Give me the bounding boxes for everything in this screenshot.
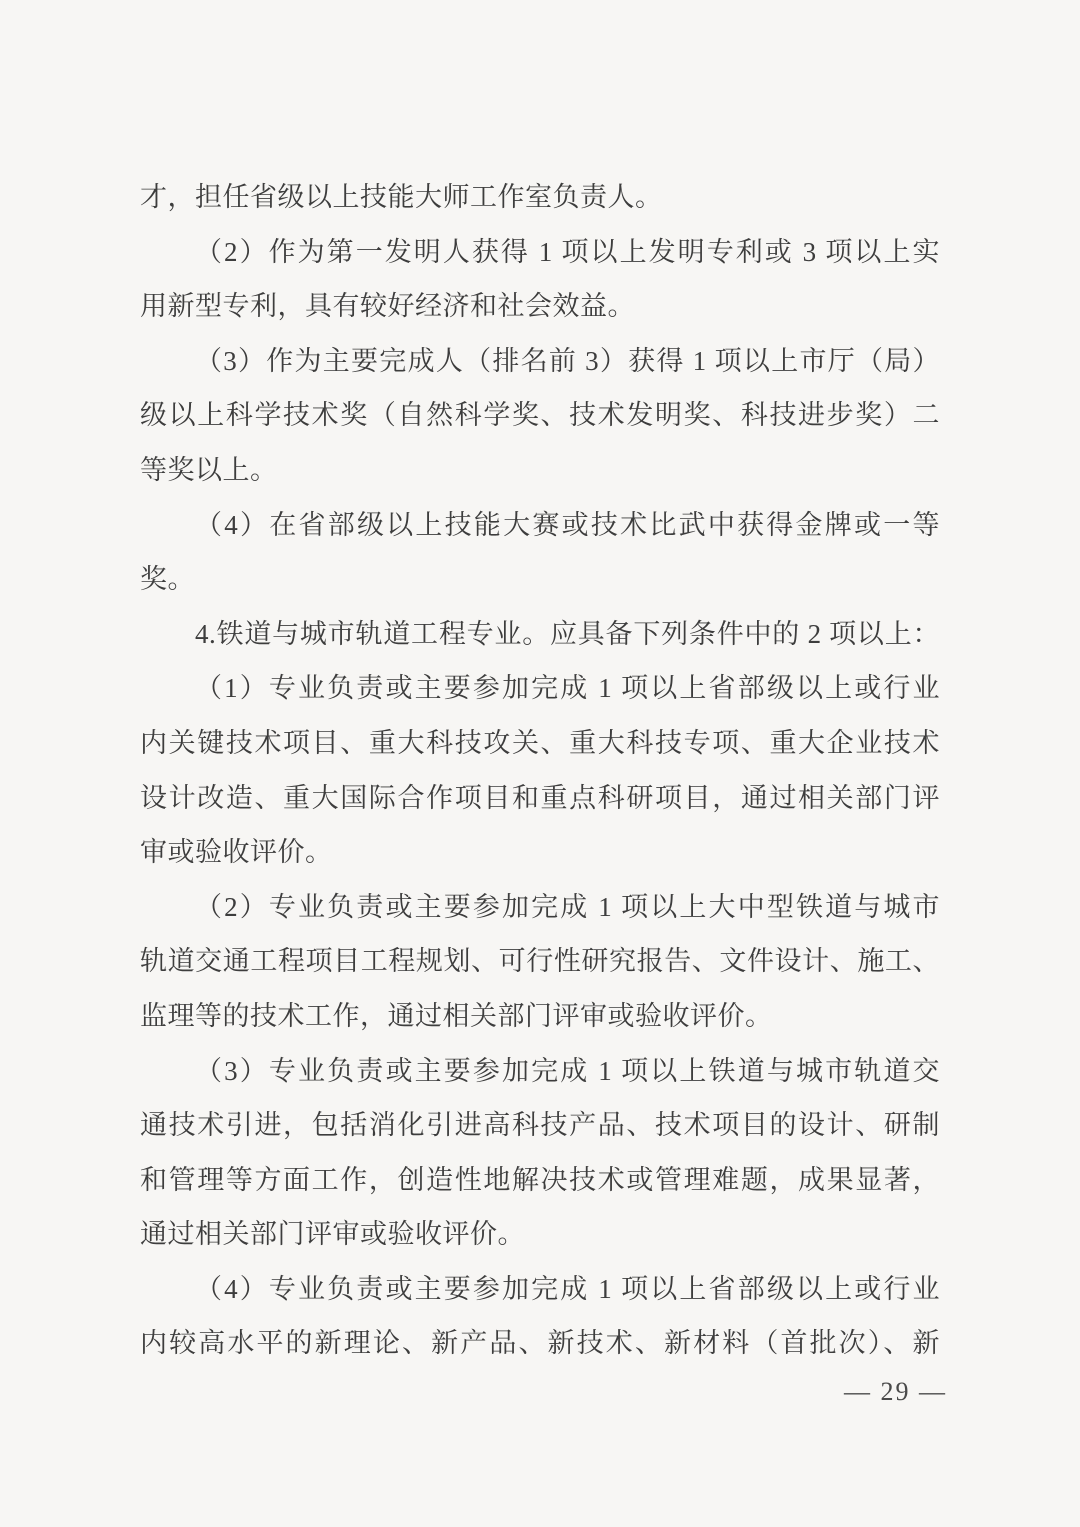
document-page: 才，担任省级以上技能大师工作室负责人。（2）作为第一发明人获得 1 项以上发明专… [0,0,1080,1527]
paragraph: （4）专业负责或主要参加完成 1 项以上省部级以上或行业内较高水平的新理论、新产… [140,1262,940,1371]
text-line: 内较高水平的新理论、新产品、新技术、新材料（首批次）、新 [140,1316,940,1371]
text-line: 才，担任省级以上技能大师工作室负责人。 [140,170,940,225]
text-line: 监理等的技术工作，通过相关部门评审或验收评价。 [140,989,940,1044]
document-body: 才，担任省级以上技能大师工作室负责人。（2）作为第一发明人获得 1 项以上发明专… [140,170,940,1371]
paragraph: （2）专业负责或主要参加完成 1 项以上大中型铁道与城市轨道交通工程项目工程规划… [140,880,940,1044]
paragraph: （2）作为第一发明人获得 1 项以上发明专利或 3 项以上实用新型专利，具有较好… [140,225,940,334]
text-line: 4.铁道与城市轨道工程专业。应具备下列条件中的 2 项以上： [140,607,940,662]
text-line: （4）专业负责或主要参加完成 1 项以上省部级以上或行业 [140,1262,940,1317]
paragraph: （3）专业负责或主要参加完成 1 项以上铁道与城市轨道交通技术引进，包括消化引进… [140,1044,940,1262]
text-line: （2）作为第一发明人获得 1 项以上发明专利或 3 项以上实 [140,225,940,280]
text-line: （4）在省部级以上技能大赛或技术比武中获得金牌或一等 [140,498,940,553]
text-line: 通技术引进，包括消化引进高科技产品、技术项目的设计、研制 [140,1098,940,1153]
text-line: 设计改造、重大国际合作项目和重点科研项目，通过相关部门评 [140,771,940,826]
text-line: 和管理等方面工作，创造性地解决技术或管理难题，成果显著， [140,1153,940,1208]
text-line: （3）专业负责或主要参加完成 1 项以上铁道与城市轨道交 [140,1044,940,1099]
text-line: 用新型专利，具有较好经济和社会效益。 [140,279,940,334]
text-line: 级以上科学技术奖（自然科学奖、技术发明奖、科技进步奖）二 [140,388,940,443]
paragraph: （4）在省部级以上技能大赛或技术比武中获得金牌或一等奖。 [140,498,940,607]
text-line: （2）专业负责或主要参加完成 1 项以上大中型铁道与城市 [140,880,940,935]
text-line: 通过相关部门评审或验收评价。 [140,1207,940,1262]
paragraph: （3）作为主要完成人（排名前 3）获得 1 项以上市厅（局）级以上科学技术奖（自… [140,334,940,498]
page-number: — 29 — [844,1375,947,1409]
text-line: 奖。 [140,552,940,607]
text-line: 轨道交通工程项目工程规划、可行性研究报告、文件设计、施工、 [140,934,940,989]
text-line: 等奖以上。 [140,443,940,498]
paragraph: 4.铁道与城市轨道工程专业。应具备下列条件中的 2 项以上： [140,607,940,662]
text-line: （3）作为主要完成人（排名前 3）获得 1 项以上市厅（局） [140,334,940,389]
paragraph: （1）专业负责或主要参加完成 1 项以上省部级以上或行业内关键技术项目、重大科技… [140,661,940,879]
text-line: 审或验收评价。 [140,825,940,880]
text-line: （1）专业负责或主要参加完成 1 项以上省部级以上或行业 [140,661,940,716]
paragraph: 才，担任省级以上技能大师工作室负责人。 [140,170,940,225]
text-line: 内关键技术项目、重大科技攻关、重大科技专项、重大企业技术 [140,716,940,771]
